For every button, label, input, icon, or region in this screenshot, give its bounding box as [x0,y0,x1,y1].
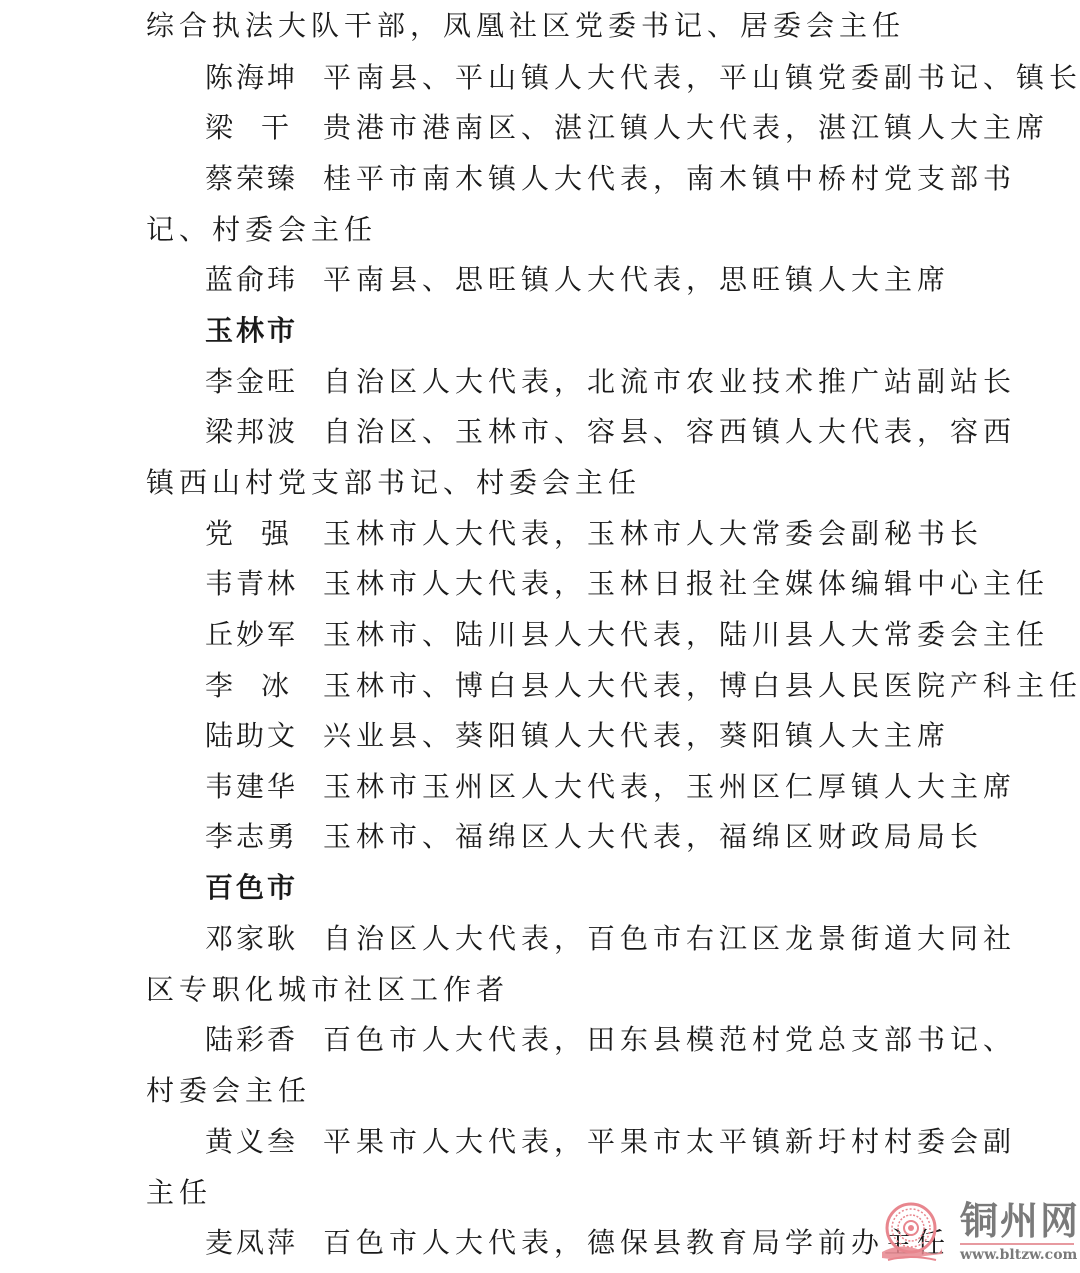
representative-description: 玉林市玉州区人大代表，玉州区仁厚镇人大主席 [323,770,1016,803]
watermark-title: 铜州网 [960,1198,1080,1244]
representative-description: 玉林市、福绵区人大代表，福绵区财政局局长 [323,820,983,853]
representative-entry: 麦凤萍百色市人大代表，德保县教育局学前办主任 [205,1225,950,1261]
representative-description: 自治区、玉林市、容县、容西镇人大代表，容西 [323,415,1016,448]
representative-name: 陈海坤 [205,60,323,96]
continuation-line: 镇西山村党支部书记、村委会主任 [146,465,641,501]
representative-entry: 梁邦波自治区、玉林市、容县、容西镇人大代表，容西 [205,414,1016,450]
representative-name: 李志勇 [205,819,323,855]
continuation-line: 记、村委会主任 [146,212,377,248]
representative-description: 玉林市、博白县人大代表，博白县人民医院产科主任 [323,669,1080,702]
representative-name: 丘妙军 [205,617,323,653]
representative-description: 平果市人大代表，平果市太平镇新圩村村委会副 [323,1125,1016,1158]
representative-description: 百色市人大代表，德保县教育局学前办主任 [323,1226,950,1259]
representative-name: 李 冰 [205,668,323,704]
representative-entry: 党 强玉林市人大代表，玉林市人大常委会副秘书长 [205,516,983,552]
representative-name: 陆彩香 [205,1022,323,1058]
representative-description: 自治区人大代表，百色市右江区龙景街道大同社 [323,922,1016,955]
representative-name: 陆助文 [205,718,323,754]
representative-entry: 李金旺自治区人大代表，北流市农业技术推广站副站长 [205,364,1016,400]
document-page: 综合执法大队干部，凤凰社区党委书记、居委会主任 陈海坤平南县、平山镇人大代表，平… [0,0,1080,1273]
continuation-line: 村委会主任 [146,1073,311,1109]
site-watermark: 铜州网 www.bltzw.com [876,1198,1080,1270]
representative-entry: 李志勇玉林市、福绵区人大代表，福绵区财政局局长 [205,819,983,855]
representative-description: 玉林市人大代表，玉林市人大常委会副秘书长 [323,517,983,550]
representative-entry: 丘妙军玉林市、陆川县人大代表，陆川县人大常委会主任 [205,617,1049,653]
representative-entry: 蔡荣臻桂平市南木镇人大代表，南木镇中桥村党支部书 [205,161,1016,197]
watermark-divider [960,1243,1074,1245]
line-text: 记、村委会主任 [146,213,377,246]
representative-description: 贵港市港南区、湛江镇人大代表，湛江镇人大主席 [323,111,1049,144]
continuation-line: 综合执法大队干部，凤凰社区党委书记、居委会主任 [146,8,905,44]
representative-description: 百色市人大代表，田东县模范村党总支部书记、 [323,1023,1016,1056]
representative-description: 平南县、思旺镇人大代表，思旺镇人大主席 [323,263,950,296]
representative-entry: 陆彩香百色市人大代表，田东县模范村党总支部书记、 [205,1022,1016,1058]
representative-entry: 韦建华玉林市玉州区人大代表，玉州区仁厚镇人大主席 [205,769,1016,805]
representative-entry: 黄义叁平果市人大代表，平果市太平镇新圩村村委会副 [205,1124,1016,1160]
representative-name: 梁 干 [205,110,323,146]
line-text: 主任 [146,1176,212,1209]
representative-description: 平南县、平山镇人大代表，平山镇党委副书记、镇长 [323,61,1080,94]
representative-name: 党 强 [205,516,323,552]
representative-name: 麦凤萍 [205,1225,323,1261]
site-logo-icon [880,1202,942,1264]
representative-description: 桂平市南木镇人大代表，南木镇中桥村党支部书 [323,162,1016,195]
representative-description: 玉林市人大代表，玉林日报社全媒体编辑中心主任 [323,567,1049,600]
section-heading-yulin: 玉林市 [205,313,298,349]
line-text: 镇西山村党支部书记、村委会主任 [146,466,641,499]
continuation-line: 主任 [146,1175,212,1211]
representative-description: 玉林市、陆川县人大代表，陆川县人大常委会主任 [323,618,1049,651]
representative-name: 邓家耿 [205,921,323,957]
representative-entry: 李 冰玉林市、博白县人大代表，博白县人民医院产科主任 [205,668,1080,704]
representative-name: 李金旺 [205,364,323,400]
representative-name: 蔡荣臻 [205,161,323,197]
representative-entry: 韦青林玉林市人大代表，玉林日报社全媒体编辑中心主任 [205,566,1049,602]
representative-name: 韦青林 [205,566,323,602]
representative-description: 兴业县、葵阳镇人大代表，葵阳镇人大主席 [323,719,950,752]
representative-entry: 邓家耿自治区人大代表，百色市右江区龙景街道大同社 [205,921,1016,957]
representative-name: 蓝俞玮 [205,262,323,298]
representative-name: 韦建华 [205,769,323,805]
line-text: 区专职化城市社区工作者 [146,973,509,1006]
line-text: 综合执法大队干部，凤凰社区党委书记、居委会主任 [146,9,905,42]
watermark-url: www.bltzw.com [960,1246,1077,1264]
representative-name: 梁邦波 [205,414,323,450]
representative-entry: 陆助文兴业县、葵阳镇人大代表，葵阳镇人大主席 [205,718,950,754]
representative-entry: 梁 干贵港市港南区、湛江镇人大代表，湛江镇人大主席 [205,110,1049,146]
continuation-line: 区专职化城市社区工作者 [146,972,509,1008]
representative-name: 黄义叁 [205,1124,323,1160]
section-heading-baise: 百色市 [205,870,298,906]
representative-entry: 陈海坤平南县、平山镇人大代表，平山镇党委副书记、镇长 [205,60,1080,96]
representative-entry: 蓝俞玮平南县、思旺镇人大代表，思旺镇人大主席 [205,262,950,298]
representative-description: 自治区人大代表，北流市农业技术推广站副站长 [323,365,1016,398]
line-text: 村委会主任 [146,1074,311,1107]
